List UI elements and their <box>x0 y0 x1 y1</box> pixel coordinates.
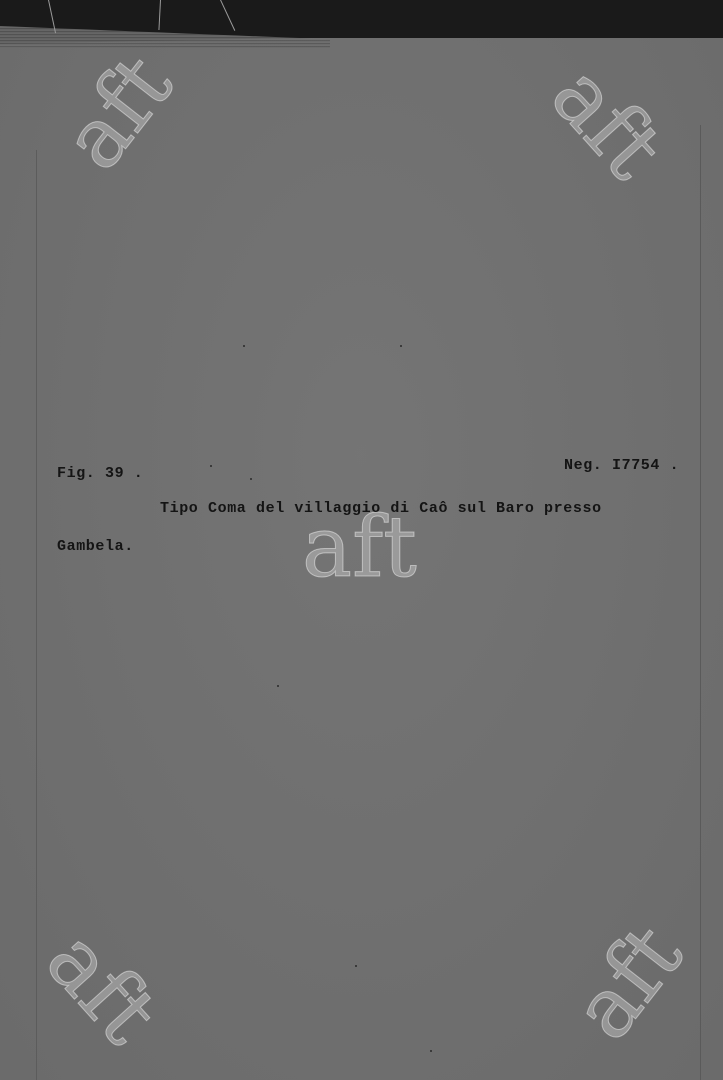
left-margin-rule <box>36 150 37 1080</box>
paper-speck <box>243 345 245 347</box>
paper-speck <box>210 465 212 467</box>
watermark-center: aft <box>302 505 417 589</box>
caption-line-2: Gambela. <box>57 538 134 555</box>
paper-speck <box>250 478 252 480</box>
paper-speck <box>277 685 279 687</box>
figure-label: Fig. 39 . <box>57 465 143 482</box>
caption-line-1: Tipo Coma del villaggio di Caô sul Baro … <box>160 500 602 517</box>
negative-number: Neg. I7754 . <box>564 457 679 474</box>
right-margin-rule <box>700 125 701 1080</box>
paper-speck <box>355 965 357 967</box>
paper-speck <box>400 345 402 347</box>
paper-speck <box>430 1050 432 1052</box>
